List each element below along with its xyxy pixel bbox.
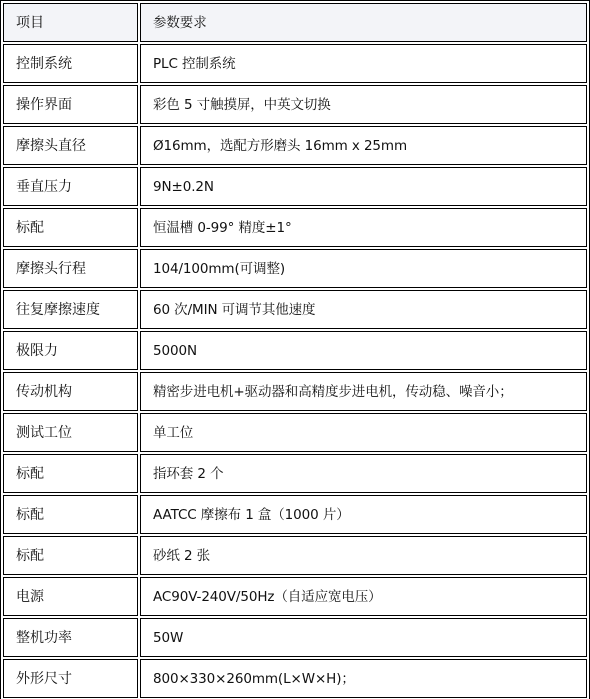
table-row: 标配 砂纸 2 张 (3, 536, 587, 575)
row-value: 单工位 (140, 413, 587, 452)
row-item: 摩擦头行程 (3, 249, 138, 288)
row-value: AC90V-240V/50Hz（自适应宽电压） (140, 577, 587, 616)
row-value: PLC 控制系统 (140, 44, 587, 83)
row-item: 传动机构 (3, 372, 138, 411)
row-item: 垂直压力 (3, 167, 138, 206)
table-row: 控制系统 PLC 控制系统 (3, 44, 587, 83)
row-item: 测试工位 (3, 413, 138, 452)
table-row: 往复摩擦速度 60 次/MIN 可调节其他速度 (3, 290, 587, 329)
table-row: 标配 恒温槽 0-99° 精度±1° (3, 208, 587, 247)
table-row: 操作界面 彩色 5 寸触摸屏，中英文切换 (3, 85, 587, 124)
row-item: 标配 (3, 536, 138, 575)
row-item: 标配 (3, 495, 138, 534)
table-row: 摩擦头行程 104/100mm(可调整) (3, 249, 587, 288)
table-row: 垂直压力 9N±0.2N (3, 167, 587, 206)
row-value: AATCC 摩擦布 1 盒（1000 片） (140, 495, 587, 534)
table-row: 摩擦头直径 Ø16mm，选配方形磨头 16mm x 25mm (3, 126, 587, 165)
table-row: 整机功率 50W (3, 618, 587, 657)
table-row: 标配 AATCC 摩擦布 1 盒（1000 片） (3, 495, 587, 534)
table-row: 极限力 5000N (3, 331, 587, 370)
row-value: 104/100mm(可调整) (140, 249, 587, 288)
table-row: 外形尺寸 800×330×260mm(L×W×H)； (3, 659, 587, 698)
row-value: 800×330×260mm(L×W×H)； (140, 659, 587, 698)
row-value: 60 次/MIN 可调节其他速度 (140, 290, 587, 329)
row-item: 标配 (3, 208, 138, 247)
row-value: 砂纸 2 张 (140, 536, 587, 575)
row-value: 精密步进电机+驱动器和高精度步进电机，传动稳、噪音小； (140, 372, 587, 411)
row-item: 往复摩擦速度 (3, 290, 138, 329)
row-value: 指环套 2 个 (140, 454, 587, 493)
row-item: 控制系统 (3, 44, 138, 83)
header-item: 项目 (3, 3, 138, 42)
row-value: 彩色 5 寸触摸屏，中英文切换 (140, 85, 587, 124)
table-row: 传动机构 精密步进电机+驱动器和高精度步进电机，传动稳、噪音小； (3, 372, 587, 411)
row-value: 5000N (140, 331, 587, 370)
table-row: 测试工位 单工位 (3, 413, 587, 452)
row-value: 恒温槽 0-99° 精度±1° (140, 208, 587, 247)
row-item: 摩擦头直径 (3, 126, 138, 165)
row-item: 操作界面 (3, 85, 138, 124)
header-value: 参数要求 (140, 3, 587, 42)
table-row: 标配 指环套 2 个 (3, 454, 587, 493)
row-item: 电源 (3, 577, 138, 616)
row-value: Ø16mm，选配方形磨头 16mm x 25mm (140, 126, 587, 165)
row-item: 极限力 (3, 331, 138, 370)
table-header-row: 项目 参数要求 (3, 3, 587, 42)
row-item: 外形尺寸 (3, 659, 138, 698)
row-value: 9N±0.2N (140, 167, 587, 206)
row-item: 整机功率 (3, 618, 138, 657)
table-row: 电源 AC90V-240V/50Hz（自适应宽电压） (3, 577, 587, 616)
row-value: 50W (140, 618, 587, 657)
spec-table: 项目 参数要求 控制系统 PLC 控制系统 操作界面 彩色 5 寸触摸屏，中英文… (0, 0, 590, 699)
row-item: 标配 (3, 454, 138, 493)
